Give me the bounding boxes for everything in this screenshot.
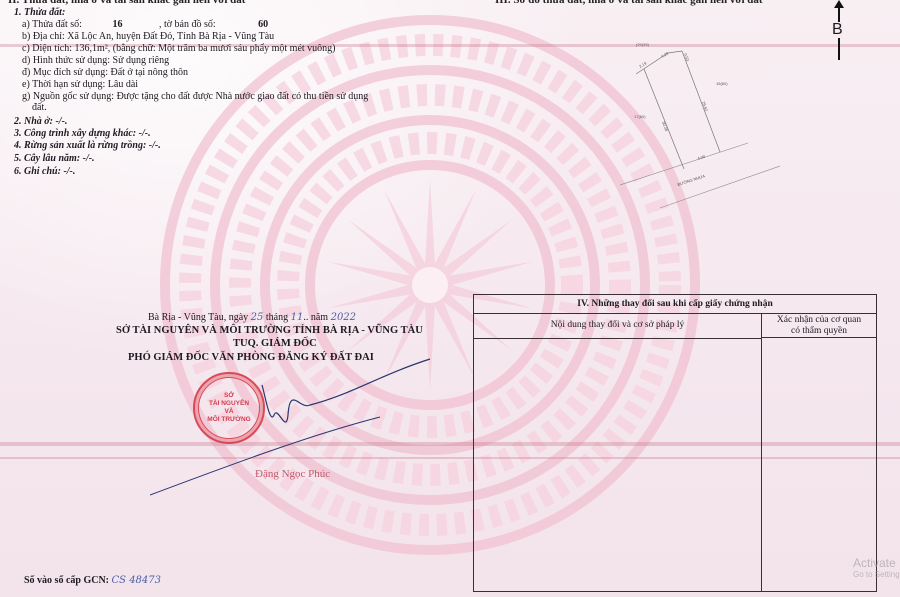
column-header-confirmation: Xác nhận của cơ quan có thẩm quyền <box>761 313 876 338</box>
certificate-page: II. Thửa đất, nhà ở và tài sản khác gắn … <box>0 0 900 597</box>
right-neighbor: 15(60) <box>716 81 728 86</box>
month-value: 11 <box>291 312 304 323</box>
road-label: ĐƯỜNG NHỰA <box>677 173 706 187</box>
signature-scribble <box>150 355 450 505</box>
activation-watermark: Activate Go to Settings <box>853 556 900 579</box>
registry-number: Số vào sổ cấp GCN: CS 48473 <box>24 575 161 586</box>
map-number: 60 <box>258 19 268 30</box>
left-neighbor: 17(60) <box>634 114 646 119</box>
purpose-line: đ) Mục đích sử dụng: Đất ở tại nông thôn <box>22 67 188 79</box>
item-notes: 6. Ghi chú: -/-. <box>14 166 75 177</box>
column-header-content: Nội dung thay đổi và cơ sở pháp lý <box>474 313 761 339</box>
svg-text:29.62: 29.62 <box>701 101 709 113</box>
north-arrow: B <box>832 0 846 60</box>
land-heading: 1. Thửa đất: <box>14 7 65 19</box>
item-perennial-trees: 5. Cây lâu năm: -/-. <box>14 153 95 164</box>
origin-line: g) Nguồn gốc sử dụng: Được tặng cho đất … <box>22 91 368 103</box>
usage-form-line: d) Hình thức sử dụng: Sử dụng riêng <box>22 55 169 67</box>
on-behalf: TUQ. GIÁM ĐỐC <box>233 338 317 349</box>
section-2-header: II. Thửa đất, nhà ở và tài sản khác gắn … <box>8 0 245 6</box>
signer-name: Đặng Ngọc Phúc <box>255 468 330 480</box>
svg-text:30.28: 30.28 <box>661 121 669 133</box>
registry-value: CS 48473 <box>112 575 162 586</box>
item-planted-forest: 4. Rừng sản xuất là rừng trồng: -/-. <box>14 140 161 151</box>
origin-line-cont: đất. <box>32 102 47 114</box>
item-house: 2. Nhà ở: -/-. <box>14 116 67 127</box>
address-line: b) Địa chỉ: Xã Lộc An, huyện Đất Đỏ, Tỉn… <box>22 31 274 43</box>
term-line: e) Thời hạn sử dụng: Lâu dài <box>22 79 138 91</box>
place-date: Bà Rịa - Vũng Tàu, ngày 25 tháng 11.. nă… <box>148 312 356 323</box>
year-value: 2022 <box>331 312 356 323</box>
parcel-diagram: (29(33) 15(60) 17(60) ĐƯỜNG NHỰA 2.19 4.… <box>620 40 780 210</box>
item-other-construction: 3. Công trình xây dựng khác: -/-. <box>14 128 151 139</box>
area-line: c) Diện tích: 136,1m², (bằng chữ: Một tr… <box>22 43 336 55</box>
top-neighbor: (29(33) <box>636 42 650 47</box>
svg-text:4.00: 4.00 <box>697 154 707 161</box>
north-label: B <box>832 22 843 38</box>
table-title: IV. Những thay đổi sau khi cấp giấy chứn… <box>474 295 876 314</box>
changes-table: IV. Những thay đổi sau khi cấp giấy chứn… <box>473 294 877 592</box>
parcel-number: 16 <box>112 19 122 30</box>
day-value: 25 <box>251 312 264 323</box>
map-label: , tờ bản đồ số: <box>159 19 216 30</box>
agency-name: SỞ TÀI NGUYÊN VÀ MÔI TRƯỜNG TỈNH BÀ RỊA … <box>116 325 423 336</box>
svg-text:4.29: 4.29 <box>660 50 670 59</box>
section-3-header: III. Sơ đồ thửa đất, nhà ở và tài sản kh… <box>495 0 763 6</box>
parcel-label: a) Thửa đất số: <box>22 19 82 30</box>
parcel-line: a) Thửa đất số: 16 , tờ bản đồ số: 60 <box>22 19 268 31</box>
